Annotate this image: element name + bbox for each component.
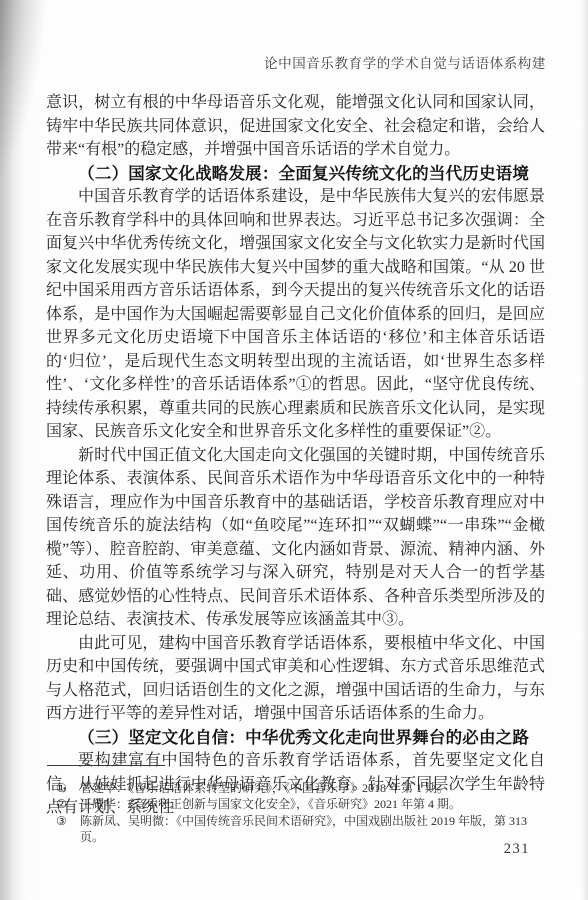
running-header-title: 论中国音乐教育学的学术自觉与话语体系构建 (264, 56, 546, 71)
paragraph: 由此可见，建构中国音乐教育学话语体系，要根植中华文化、中国历史和中国传统，要强调… (46, 632, 545, 726)
paragraph: 新时代中国正值文化大国走向文化强国的关键时期，中国传统音乐理论体系、表演体系、民… (46, 444, 545, 632)
scan-right-edge-shadow (581, 0, 588, 900)
footnote-item: ① 管建华：《音乐话语体系转型的研究》，《中国音乐学》2018 年第 1 期。 (46, 780, 546, 796)
footnote-marker: ② (56, 796, 70, 812)
footnote-item: ② 王耀华：《音乐守正创新与国家文化安全》，《音乐研究》2021 年第 4 期。 (46, 796, 546, 812)
footnote-marker: ③ (56, 813, 70, 846)
page-number: 231 (504, 841, 530, 858)
footnotes: ① 管建华：《音乐话语体系转型的研究》，《中国音乐学》2018 年第 1 期。 … (46, 780, 546, 845)
footnote-item: ③ 陈新凤、吴明微：《中国传统音乐民间术语研究》，中国戏剧出版社 2019 年版… (46, 813, 546, 846)
section-heading-three: （三）坚定文化自信：中华优秀文化走向世界舞台的必由之路 (46, 726, 545, 750)
section-heading-two: （二）国家文化战略发展：全面复兴传统文化的当代历史语境 (46, 162, 545, 186)
paragraph-continuation: 意识，树立有根的中华母语音乐文化观，能增强文化认同和国家认同，铸牢中华民族共同体… (46, 91, 545, 162)
footnote-marker: ① (56, 780, 70, 796)
scan-left-edge-shadow (0, 0, 34, 900)
book-page: 论中国音乐教育学的学术自觉与话语体系构建 意识，树立有根的中华母语音乐文化观，能… (0, 0, 588, 900)
footnote-text: 管建华：《音乐话语体系转型的研究》，《中国音乐学》2018 年第 1 期。 (80, 780, 546, 796)
page-body: 意识，树立有根的中华母语音乐文化观，能增强文化认同和国家认同，铸牢中华民族共同体… (46, 91, 545, 820)
running-header: 论中国音乐教育学的学术自觉与话语体系构建 (264, 52, 546, 72)
footnote-text: 陈新凤、吴明微：《中国传统音乐民间术语研究》，中国戏剧出版社 2019 年版，第… (80, 813, 546, 846)
paragraph: 中国音乐教育学的话语体系建设，是中华民族伟大复兴的宏伟愿景在音乐教育学科中的具体… (46, 185, 545, 444)
footnote-text: 王耀华：《音乐守正创新与国家文化安全》，《音乐研究》2021 年第 4 期。 (80, 796, 546, 812)
footnote-divider (47, 765, 165, 766)
